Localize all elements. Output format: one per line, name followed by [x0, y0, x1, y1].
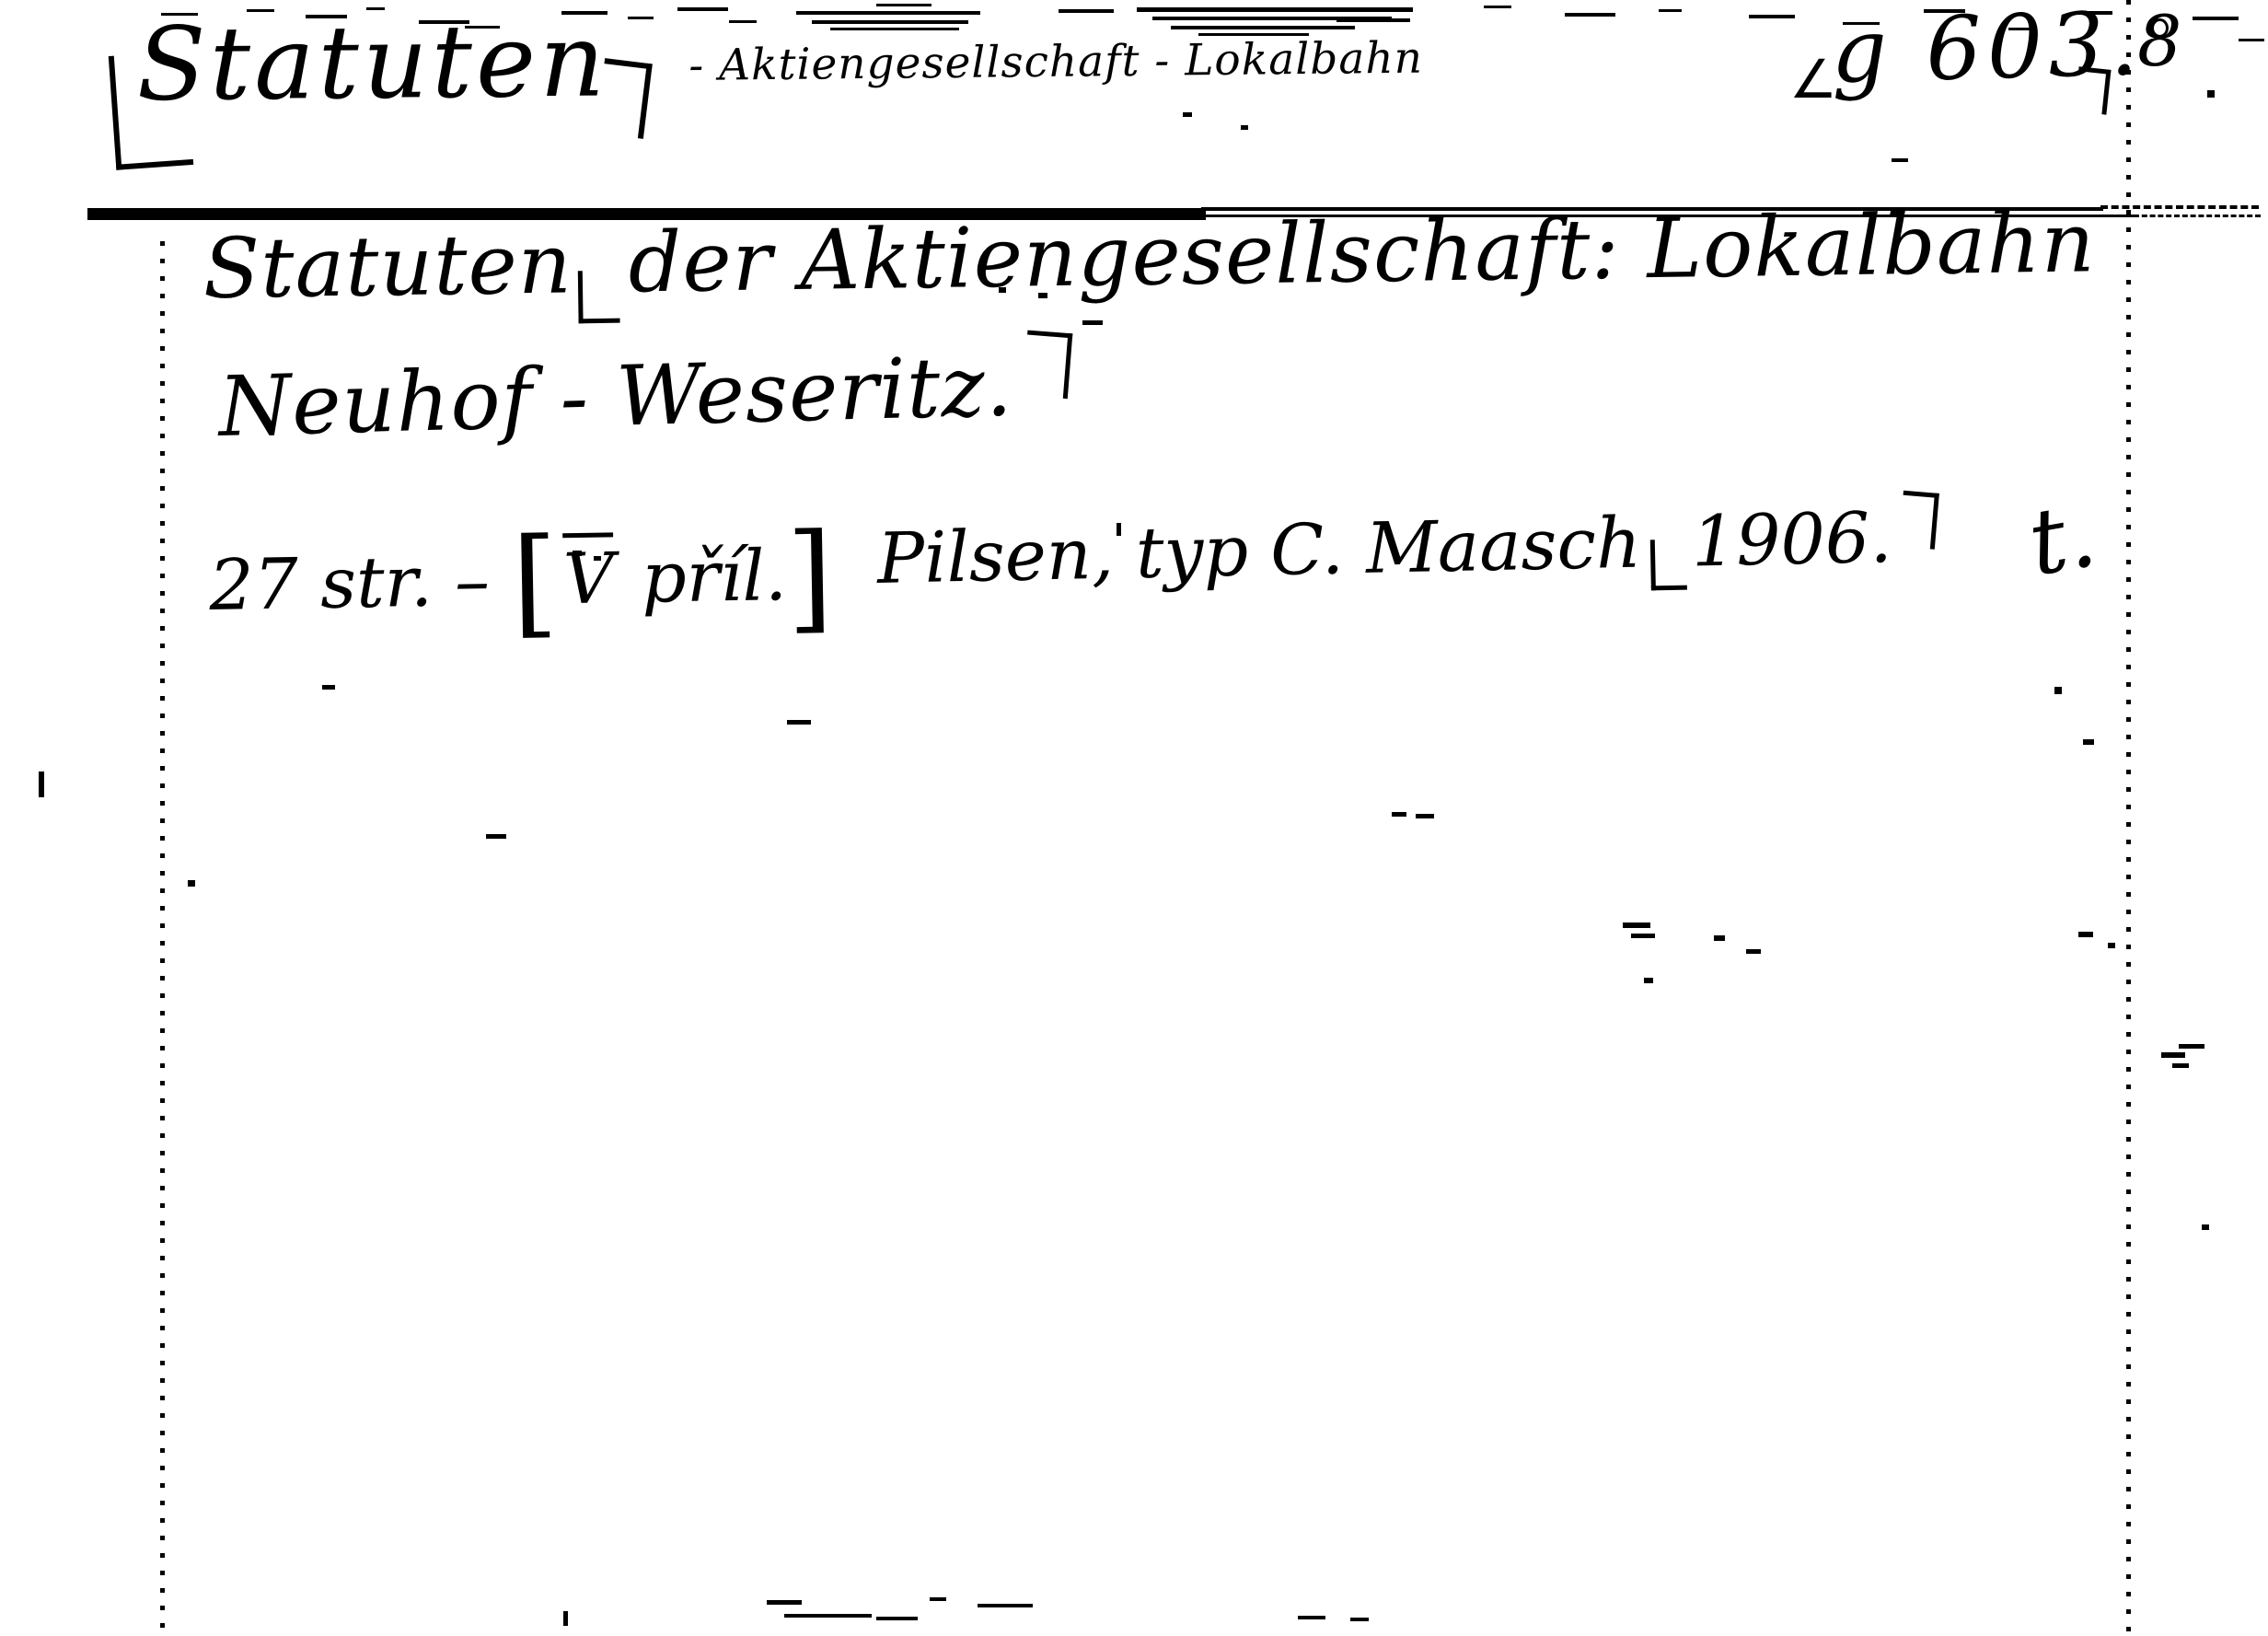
collation-bracket-close: ] [786, 508, 835, 646]
collation-line: 27 str. – [V příl.] [208, 508, 834, 656]
insert-half-bracket [578, 271, 620, 324]
noise-speck [486, 834, 506, 839]
noise-speck [2108, 943, 2115, 948]
noise-speck [930, 1597, 946, 1601]
heading-tracing: - Aktiengesellschaft - Lokalbahn [688, 33, 1423, 91]
imprint-text: Pilsen, typ C. Maasch [876, 502, 1642, 599]
collation-roman-numeral: V [557, 537, 619, 620]
noise-speck [1714, 935, 1725, 941]
noise-speck [1746, 949, 1761, 954]
noise-speck [677, 7, 728, 11]
noise-speck [796, 11, 980, 15]
noise-speck [2172, 1063, 2189, 1068]
year-open-half-bracket [1650, 540, 1687, 591]
year-close-half-bracket [1898, 491, 1938, 550]
noise-speck [876, 4, 931, 6]
noise-speck [1659, 9, 1682, 12]
header-rule-dashed-end-2 [2134, 215, 2261, 217]
noise-speck [2239, 39, 2264, 41]
noise-speck [563, 1611, 568, 1626]
right-margin-dotted-line [2126, 0, 2131, 1636]
noise-speck [1749, 15, 1795, 18]
noise-speck [1350, 1618, 1369, 1621]
noise-speck [1416, 814, 1434, 818]
noise-speck [2207, 90, 2215, 98]
heading-title: Statuten [136, 2, 608, 123]
call-number-close-half-bracket [2075, 66, 2112, 114]
main-title-rest: der Aktiengesellschaft: Lokalbahn [628, 194, 2096, 311]
main-title-line-2: Neuhof - Weseritz. [217, 331, 1072, 456]
right-annotation: t. [2021, 482, 2103, 598]
noise-speck [812, 20, 968, 24]
noise-speck [1241, 125, 1248, 130]
noise-speck [188, 880, 195, 887]
noise-speck [322, 685, 335, 690]
noise-speck [1484, 6, 1511, 8]
main-title-word: Statuten [202, 215, 573, 318]
imprint-year: 1906. [1691, 496, 1892, 583]
noise-speck [1623, 922, 1650, 928]
noise-speck [1644, 978, 1653, 983]
noise-speck [830, 28, 959, 30]
noise-speck [1298, 1616, 1325, 1619]
noise-speck [1392, 812, 1406, 817]
noise-speck [2054, 687, 2062, 694]
noise-speck [39, 772, 44, 797]
noise-speck [978, 1604, 1033, 1607]
ink-ring-mark [2151, 18, 2169, 38]
noise-speck [2161, 1052, 2185, 1058]
noise-speck [876, 1617, 918, 1620]
noise-speck [1565, 13, 1615, 17]
call-number-open-mark: ∠ [1789, 48, 1837, 110]
collation-supplement-label: příl. [641, 534, 787, 619]
noise-speck [1171, 26, 1355, 29]
edge-digit: 8 [2137, 0, 2181, 82]
heading-close-half-bracket [596, 58, 653, 139]
noise-speck [2179, 1044, 2204, 1049]
line2-close-half-bracket [1023, 331, 1072, 400]
collation-bracket-open: [ [511, 513, 560, 651]
noise-speck [2193, 17, 2239, 20]
imprint-line: Pilsen, typ C. Maasch1906. [876, 492, 1938, 607]
noise-speck [1059, 9, 1114, 13]
noise-speck [1082, 320, 1103, 325]
noise-speck [628, 17, 654, 19]
left-margin-dotted-line [160, 241, 165, 1636]
header-rule-dashed-end [2100, 205, 2259, 209]
noise-speck [1631, 934, 1655, 938]
main-title-line2-text: Neuhof - Weseritz. [217, 338, 1013, 456]
noise-speck [1336, 18, 1410, 22]
collation-extent: 27 str. – [208, 540, 490, 626]
noise-speck [784, 1614, 872, 1618]
catalog-card: Statuten - Aktiengesellschaft - Lokalbah… [0, 0, 2268, 1636]
noise-speck [2078, 932, 2093, 937]
noise-speck [2083, 739, 2094, 745]
noise-speck [787, 720, 811, 725]
noise-speck [729, 20, 757, 23]
noise-speck [2202, 1224, 2209, 1230]
noise-speck [767, 1600, 802, 1605]
noise-speck [1183, 112, 1192, 117]
noise-speck [1892, 158, 1908, 162]
noise-speck [1137, 7, 1413, 12]
